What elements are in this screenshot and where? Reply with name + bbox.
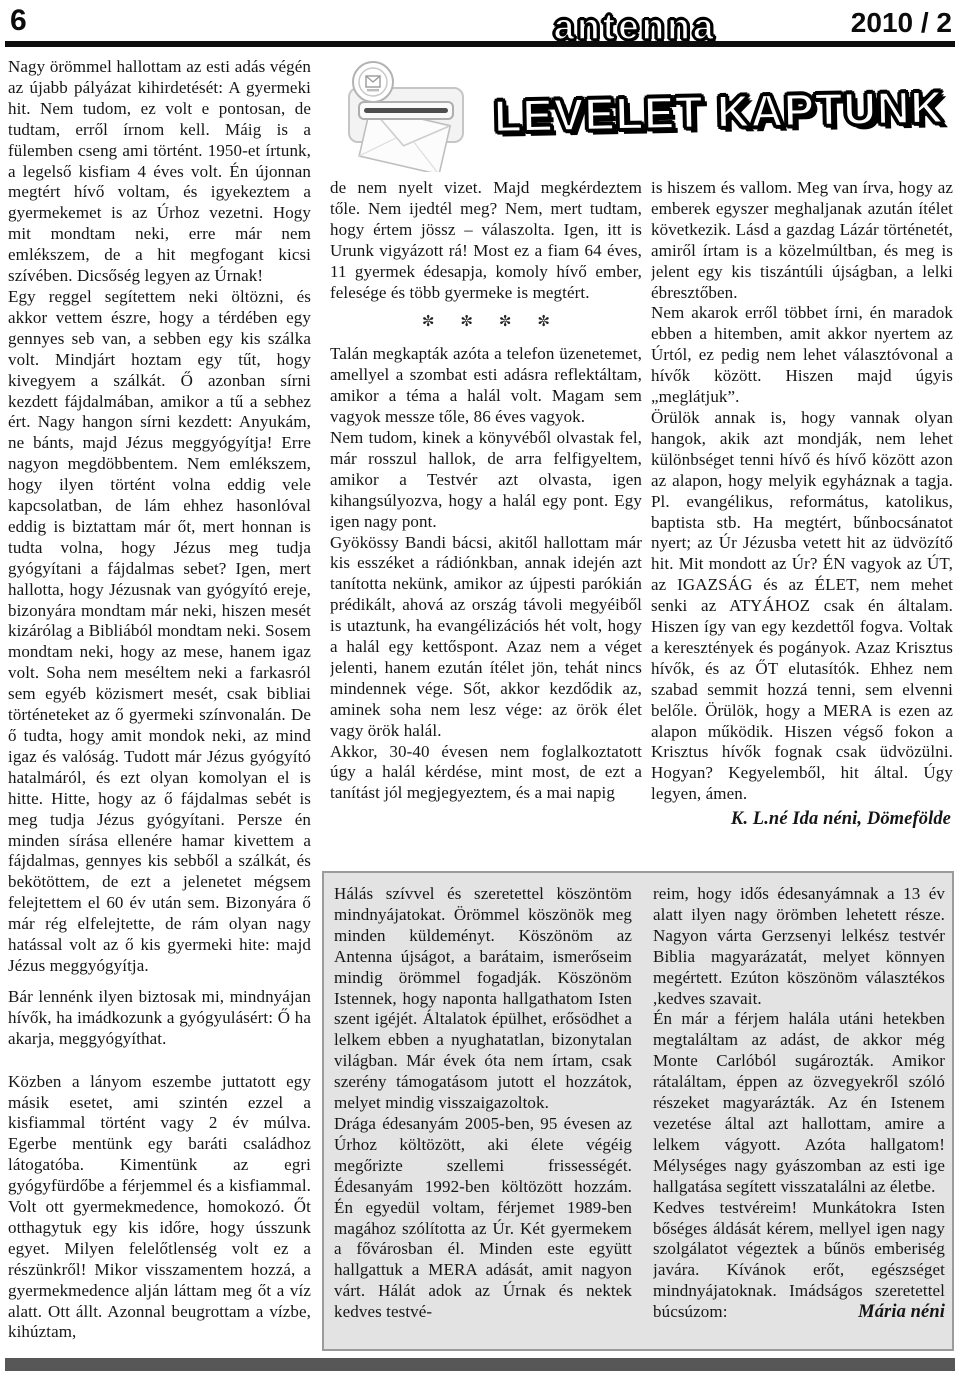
paragraph: Én már a férjem halála utáni hetekben me… <box>653 1009 945 1197</box>
paragraph: de nem nyelt vizet. Majd megkérdeztem tő… <box>330 178 642 303</box>
paragraph: Talán megkapták azóta a telefon üzenetem… <box>330 344 642 428</box>
footer-bar <box>5 1358 955 1371</box>
paragraph: Közben a lányom eszembe juttatott egy má… <box>8 1072 311 1344</box>
paragraph: Egy reggel segítettem neki öltözni, és a… <box>8 287 311 977</box>
header-rule <box>5 41 955 47</box>
paragraph: Nagy örömmel hallottam az esti adás végé… <box>8 57 311 287</box>
letter-box-left-column: Hálás szívvel és szeretettel köszöntöm m… <box>334 884 632 1342</box>
paragraph: Drága édesanyám 2005-ben, 95 évesen az Ú… <box>334 1114 632 1323</box>
paragraph: Akkor, 30-40 évesen nem foglalkoztatott … <box>330 742 642 805</box>
signature-ida-neni: K. L.né Ida néni, Dömefölde <box>651 809 953 830</box>
section-title-levelet-kaptunk: LEVELET KAPTUNK <box>482 81 957 143</box>
paragraph: Bár lennénk ilyen biztosak mi, mindnyája… <box>8 987 311 1050</box>
left-column: Nagy örömmel hallottam az esti adás végé… <box>8 57 311 1355</box>
letter-box-right-column: reim, hogy idős édesanyámnak a 13 év ala… <box>653 884 945 1342</box>
paragraph: Örülök annak is, hogy vannak olyan hango… <box>651 408 953 805</box>
page-number: 6 <box>10 4 27 38</box>
paragraph: is hiszem és vallom. Meg van írva, hogy … <box>651 178 953 303</box>
middle-column: de nem nyelt vizet. Majd megkérdeztem tő… <box>330 178 642 870</box>
right-column: is hiszem és vallom. Meg van írva, hogy … <box>651 178 953 870</box>
mail-slot-envelope-icon <box>333 60 473 172</box>
paragraph: Nem tudom, kinek a könyvéből olvastak fe… <box>330 428 642 533</box>
paragraph: Nem akarok erről többet írni, én maradok… <box>651 303 953 408</box>
paragraph: Gyökössy Bandi bácsi, akitől hallottam m… <box>330 533 642 742</box>
signature-maria-neni: Mária néni <box>858 1302 945 1323</box>
paragraph: Hálás szívvel és szeretettel köszöntöm m… <box>334 884 632 1114</box>
ornament-separator: ✼ ✼ ✼ ✼ <box>330 303 642 344</box>
issue-number: 2010 / 2 <box>851 7 952 39</box>
paragraph: reim, hogy idős édesanyámnak a 13 év ala… <box>653 884 945 1009</box>
paragraph: Kedves testvéreim! Munkátokra Isten bősé… <box>653 1198 945 1323</box>
